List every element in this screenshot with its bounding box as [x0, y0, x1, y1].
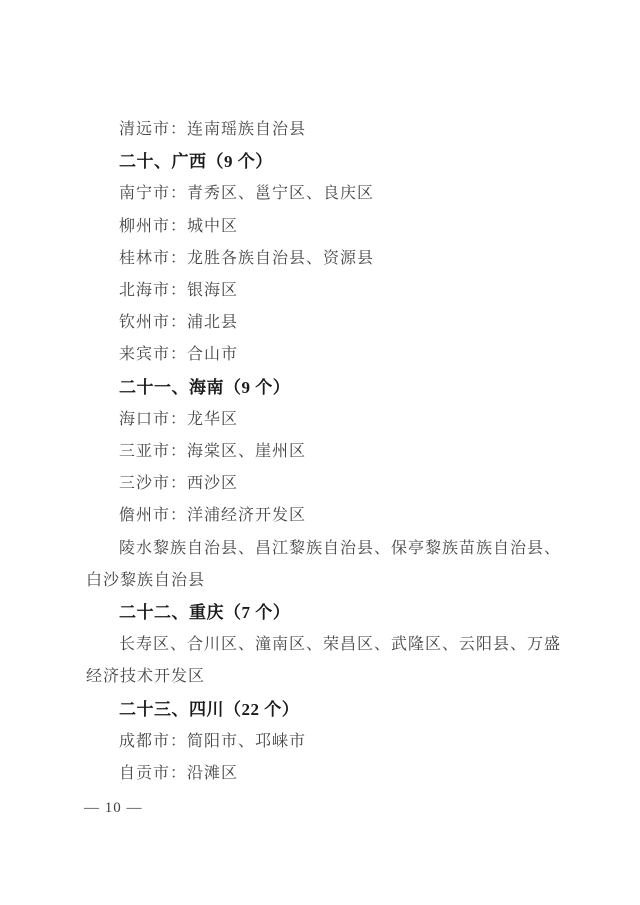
- doc-line-sanya: 三亚市：海棠区、崖州区: [86, 436, 556, 468]
- section-heading-hainan: 二十一、海南（9 个）: [86, 372, 556, 404]
- doc-line-chongqing-wrap: 经济技术开发区: [86, 661, 556, 693]
- document-page: 清远市：连南瑶族自治县 二十、广西（9 个） 南宁市：青秀区、邕宁区、良庆区 柳…: [0, 0, 640, 905]
- doc-line-sansha: 三沙市：西沙区: [86, 468, 556, 500]
- doc-line-beihai: 北海市：银海区: [86, 275, 556, 307]
- document-body: 清远市：连南瑶族自治县 二十、广西（9 个） 南宁市：青秀区、邕宁区、良庆区 柳…: [86, 114, 556, 790]
- doc-line-nanning: 南宁市：青秀区、邕宁区、良庆区: [86, 178, 556, 210]
- doc-line-haikou: 海口市：龙华区: [86, 404, 556, 436]
- page-number: — 10 —: [84, 800, 143, 817]
- doc-line-liuzhou: 柳州市：城中区: [86, 211, 556, 243]
- doc-line-laibin: 来宾市：合山市: [86, 339, 556, 371]
- doc-line-guilin: 桂林市：龙胜各族自治县、资源县: [86, 243, 556, 275]
- doc-line-zigong: 自贡市：沿滩区: [86, 758, 556, 790]
- doc-line-chongqing-districts: 长寿区、合川区、潼南区、荣昌区、武隆区、云阳县、万盛: [86, 629, 556, 661]
- doc-line-baisha: 白沙黎族自治县: [86, 565, 556, 597]
- doc-line-qinzhou: 钦州市：浦北县: [86, 307, 556, 339]
- section-heading-chongqing: 二十二、重庆（7 个）: [86, 597, 556, 629]
- doc-line-chengdu: 成都市：简阳市、邛崃市: [86, 726, 556, 758]
- doc-line-qingyuan: 清远市：连南瑶族自治县: [86, 114, 556, 146]
- section-heading-sichuan: 二十三、四川（22 个）: [86, 694, 556, 726]
- doc-line-hainan-counties: 陵水黎族自治县、昌江黎族自治县、保亭黎族苗族自治县、: [86, 533, 556, 565]
- section-heading-guangxi: 二十、广西（9 个）: [86, 146, 556, 178]
- doc-line-danzhou: 儋州市：洋浦经济开发区: [86, 500, 556, 532]
